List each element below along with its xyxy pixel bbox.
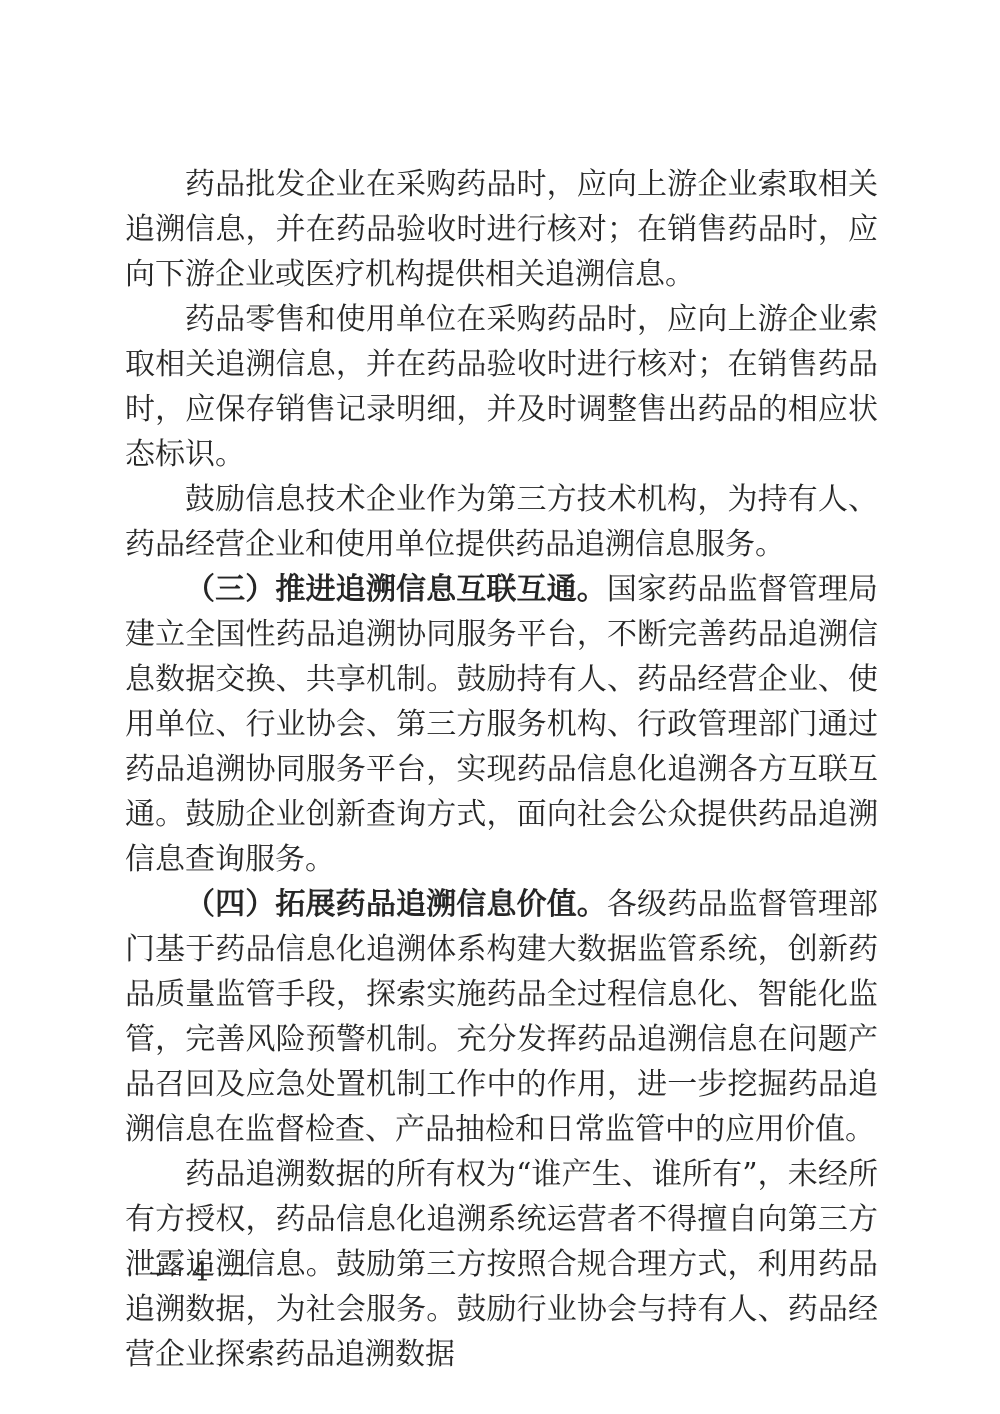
paragraph-section-heading: （三）推进追溯信息互联互通。 xyxy=(185,572,607,607)
paragraph: （四）拓展药品追溯信息价值。各级药品监督管理部门基于药品信息化追溯体系构建大数据… xyxy=(125,882,878,1152)
paragraph-text: 药品批发企业在采购药品时，应向上游企业索取相关追溯信息，并在药品验收时进行核对；… xyxy=(125,167,878,292)
document-body: 药品批发企业在采购药品时，应向上游企业索取相关追溯信息，并在药品验收时进行核对；… xyxy=(125,162,878,1377)
paragraph-text: 鼓励信息技术企业作为第三方技术机构，为持有人、药品经营企业和使用单位提供药品追溯… xyxy=(125,482,878,562)
paragraph: （三）推进追溯信息互联互通。国家药品监督管理局建立全国性药品追溯协同服务平台，不… xyxy=(125,567,878,882)
page-footer: — 4 — xyxy=(150,1256,253,1290)
paragraph-section-heading: （四）拓展药品追溯信息价值。 xyxy=(185,887,607,922)
page-number: — 4 — xyxy=(150,1257,253,1288)
document-page: 药品批发企业在采购药品时，应向上游企业索取相关追溯信息，并在药品验收时进行核对；… xyxy=(0,0,1000,1414)
paragraph: 药品零售和使用单位在采购药品时，应向上游企业索取相关追溯信息，并在药品验收时进行… xyxy=(125,297,878,477)
paragraph-text: 各级药品监督管理部门基于药品信息化追溯体系构建大数据监管系统，创新药品质量监管手… xyxy=(125,887,878,1147)
paragraph: 鼓励信息技术企业作为第三方技术机构，为持有人、药品经营企业和使用单位提供药品追溯… xyxy=(125,477,878,567)
paragraph-text: 药品零售和使用单位在采购药品时，应向上游企业索取相关追溯信息，并在药品验收时进行… xyxy=(125,302,878,472)
paragraph-text: 国家药品监督管理局建立全国性药品追溯协同服务平台，不断完善药品追溯信息数据交换、… xyxy=(125,572,878,877)
paragraph: 药品批发企业在采购药品时，应向上游企业索取相关追溯信息，并在药品验收时进行核对；… xyxy=(125,162,878,297)
